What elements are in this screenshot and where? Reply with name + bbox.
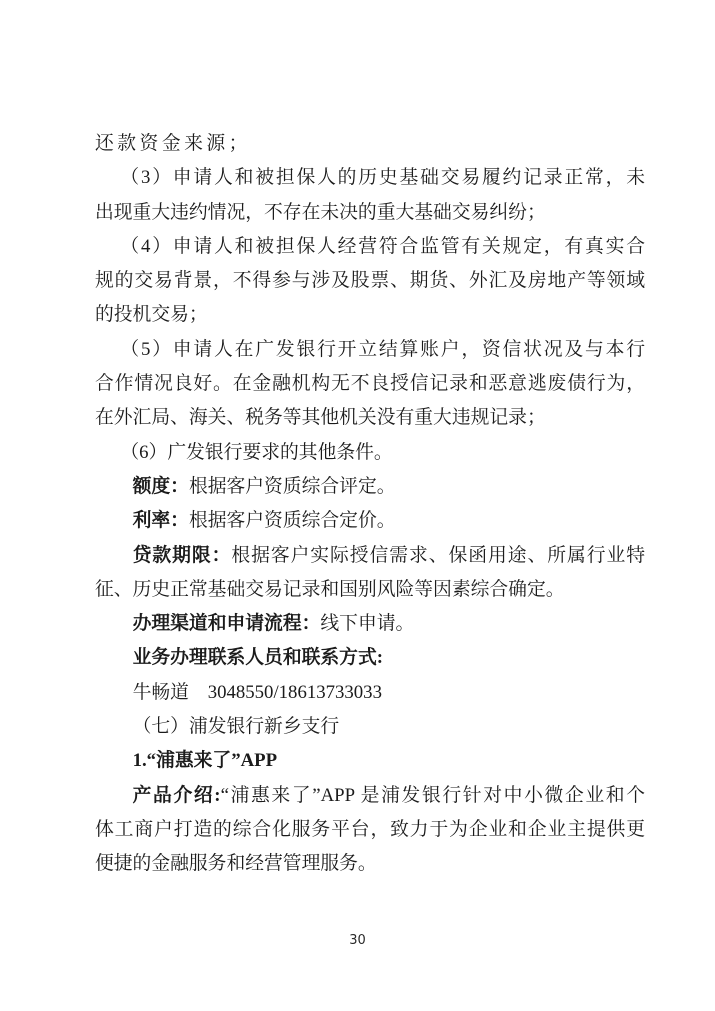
text-line: （4）申请人和被担保人经营符合监管有关规定，有真实合 [95, 230, 645, 264]
text-line: 产品介绍:“浦惠来了”APP 是浦发银行针对中小微企业和个 [95, 779, 645, 813]
text-segment: （3）申请人和被担保人的历史基础交易履约记录正常，未 [120, 167, 645, 188]
text-line: 出现重大违约情况，不存在未决的重大基础交易纠纷； [95, 196, 645, 230]
text-line: 规的交易背景，不得参与涉及股票、期货、外汇及房地产等领域 [95, 264, 645, 298]
document-page: 还款资金来源；（3）申请人和被担保人的历史基础交易履约记录正常，未出现重大违约情… [0, 0, 715, 1011]
text-segment: 出现重大违约情况，不存在未决的重大基础交易纠纷； [95, 202, 546, 223]
text-segment: 线下申请。 [320, 613, 414, 634]
text-segment: （5）申请人在广发银行开立结算账户，资信状况及与本行 [120, 339, 645, 360]
text-line: 的投机交易； [95, 298, 645, 332]
text-segment: 体工商户打造的综合化服务平台，致力于为企业和企业主提供更 [95, 819, 645, 840]
text-line: 体工商户打造的综合化服务平台，致力于为企业和企业主提供更 [95, 813, 645, 847]
text-line: 1.“浦惠来了”APP [95, 744, 645, 778]
text-segment: 的投机交易； [95, 304, 208, 325]
text-segment: 还款资金来源； [95, 133, 251, 154]
text-segment: “浦惠来了”APP 是浦发银行针对中小微企业和个 [221, 785, 645, 806]
text-segment: （七）浦发银行新乡支行 [133, 716, 340, 737]
text-line: 还款资金来源； [95, 127, 645, 161]
text-line: 牛畅道 3048550/18613733033 [95, 676, 645, 710]
bold-text-segment: 办理渠道和申请流程： [133, 613, 321, 634]
text-segment: 牛畅道 3048550/18613733033 [133, 682, 382, 703]
text-line: 便捷的金融服务和经营管理服务。 [95, 847, 645, 881]
page-number: 30 [0, 933, 715, 948]
text-line: （5）申请人在广发银行开立结算账户，资信状况及与本行 [95, 333, 645, 367]
bold-text-segment: 贷款期限： [133, 545, 232, 566]
text-line: 在外汇局、海关、税务等其他机关没有重大违规记录； [95, 401, 645, 435]
text-segment: （6）广发银行要求的其他条件。 [120, 442, 392, 463]
text-line: （3）申请人和被担保人的历史基础交易履约记录正常，未 [95, 161, 645, 195]
text-line: 利率：根据客户资质综合定价。 [95, 504, 645, 538]
text-line: （6）广发银行要求的其他条件。 [95, 436, 645, 470]
text-line: 合作情况良好。在金融机构无不良授信记录和恶意逃废债行为， [95, 367, 645, 401]
text-line: 办理渠道和申请流程：线下申请。 [95, 607, 645, 641]
text-segment: 征、历史正常基础交易记录和国别风险等因素综合确定。 [95, 579, 565, 600]
text-segment: 合作情况良好。在金融机构无不良授信记录和恶意逃废债行为， [95, 373, 645, 394]
text-segment: 根据客户实际授信需求、保函用途、所属行业特 [231, 545, 645, 566]
text-line: 征、历史正常基础交易记录和国别风险等因素综合确定。 [95, 573, 645, 607]
bold-text-segment: 产品介绍: [133, 785, 221, 806]
text-line: 业务办理联系人员和联系方式: [95, 641, 645, 675]
bold-text-segment: 利率： [133, 510, 189, 531]
text-line: （七）浦发银行新乡支行 [95, 710, 645, 744]
document-body: 还款资金来源；（3）申请人和被担保人的历史基础交易履约记录正常，未出现重大违约情… [95, 127, 645, 882]
text-segment: 根据客户资质综合定价。 [189, 510, 396, 531]
bold-text-segment: 1.“浦惠来了”APP [133, 750, 278, 771]
bold-text-segment: 业务办理联系人员和联系方式: [133, 647, 383, 668]
bold-text-segment: 额度： [133, 476, 189, 497]
text-segment: 根据客户资质综合评定。 [189, 476, 396, 497]
text-segment: 规的交易背景，不得参与涉及股票、期货、外汇及房地产等领域 [95, 270, 645, 291]
text-line: 额度：根据客户资质综合评定。 [95, 470, 645, 504]
text-segment: 在外汇局、海关、税务等其他机关没有重大违规记录； [95, 407, 546, 428]
text-segment: 便捷的金融服务和经营管理服务。 [95, 853, 377, 874]
text-segment: （4）申请人和被担保人经营符合监管有关规定，有真实合 [120, 236, 645, 257]
text-line: 贷款期限：根据客户实际授信需求、保函用途、所属行业特 [95, 539, 645, 573]
